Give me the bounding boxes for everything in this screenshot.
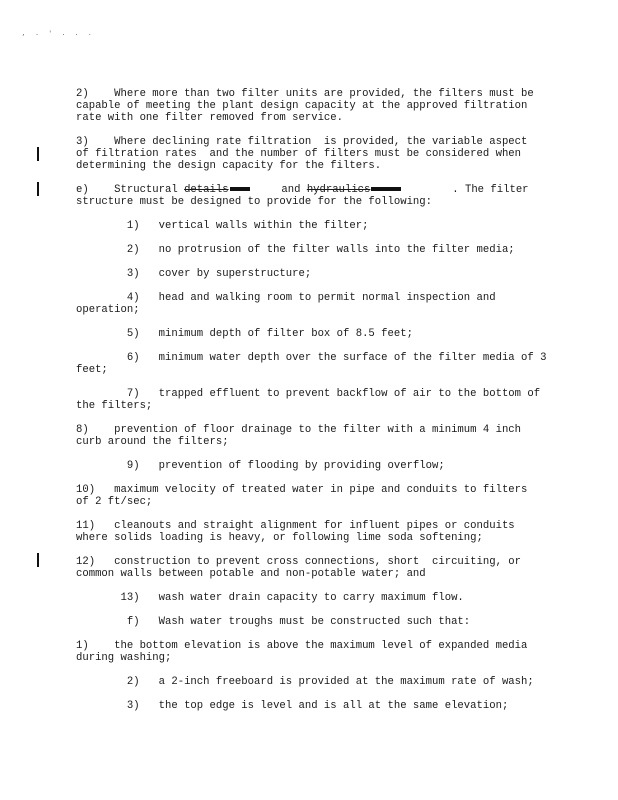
paragraph-f: f) Wash water troughs must be constructe… <box>76 616 470 628</box>
change-bar <box>37 182 39 196</box>
item-6: 6) minimum water depth over the surface … <box>76 352 546 364</box>
change-bar <box>37 147 39 161</box>
item-8-cont: curb around the filters; <box>76 436 229 448</box>
trough-item-1: 1) the bottom elevation is above the max… <box>76 640 527 652</box>
paragraph-3-line: of filtration rates and the number of fi… <box>76 148 521 160</box>
redaction-mark <box>371 187 401 191</box>
item-3: 3) cover by superstructure; <box>76 268 311 280</box>
item-12: 12) construction to prevent cross connec… <box>76 556 521 568</box>
struck-text-details: details <box>184 184 229 196</box>
scan-specks: , . ' . . . <box>22 30 95 37</box>
paragraph-e-line-2: structure must be designed to provide fo… <box>76 196 432 208</box>
change-bar <box>37 553 39 567</box>
item-1: 1) vertical walls within the filter; <box>76 220 368 232</box>
paragraph-e-label: e) Structural <box>76 184 184 196</box>
paragraph-3-line: determining the design capacity for the … <box>76 160 381 172</box>
item-10-cont: of 2 ft/sec; <box>76 496 152 508</box>
paragraph-2-line: rate with one filter removed from servic… <box>76 112 343 124</box>
item-7-cont: the filters; <box>76 400 152 412</box>
paragraph-e-mid: and <box>250 184 307 196</box>
paragraph-2-line: 2) Where more than two filter units are … <box>76 88 534 100</box>
trough-item-1-cont: during washing; <box>76 652 171 664</box>
item-10: 10) maximum velocity of treated water in… <box>76 484 527 496</box>
item-4: 4) head and walking room to permit norma… <box>76 292 496 304</box>
paragraph-e-tail: . The filter <box>401 184 528 196</box>
item-11: 11) cleanouts and straight alignment for… <box>76 520 515 532</box>
item-2: 2) no protrusion of the filter walls int… <box>76 244 515 256</box>
item-7: 7) trapped effluent to prevent backflow … <box>76 388 540 400</box>
redaction-mark <box>230 187 250 191</box>
trough-item-2: 2) a 2-inch freeboard is provided at the… <box>76 676 534 688</box>
item-12-cont: common walls between potable and non-pot… <box>76 568 426 580</box>
struck-text-hydraulics: hydraulics <box>307 184 371 196</box>
item-11-cont: where solids loading is heavy, or follow… <box>76 532 483 544</box>
document-page: , . ' . . . 2) Where more than two filte… <box>0 0 618 800</box>
paragraph-3-line: 3) Where declining rate filtration is pr… <box>76 136 527 148</box>
item-13: 13) wash water drain capacity to carry m… <box>76 592 464 604</box>
paragraph-2-line: capable of meeting the plant design capa… <box>76 100 527 112</box>
item-9: 9) prevention of flooding by providing o… <box>76 460 445 472</box>
paragraph-e-line-1: e) Structural details and hydraulics . T… <box>76 184 529 196</box>
item-5: 5) minimum depth of filter box of 8.5 fe… <box>76 328 413 340</box>
item-4-cont: operation; <box>76 304 140 316</box>
trough-item-3: 3) the top edge is level and is all at t… <box>76 700 508 712</box>
item-6-cont: feet; <box>76 364 108 376</box>
item-8: 8) prevention of floor drainage to the f… <box>76 424 521 436</box>
